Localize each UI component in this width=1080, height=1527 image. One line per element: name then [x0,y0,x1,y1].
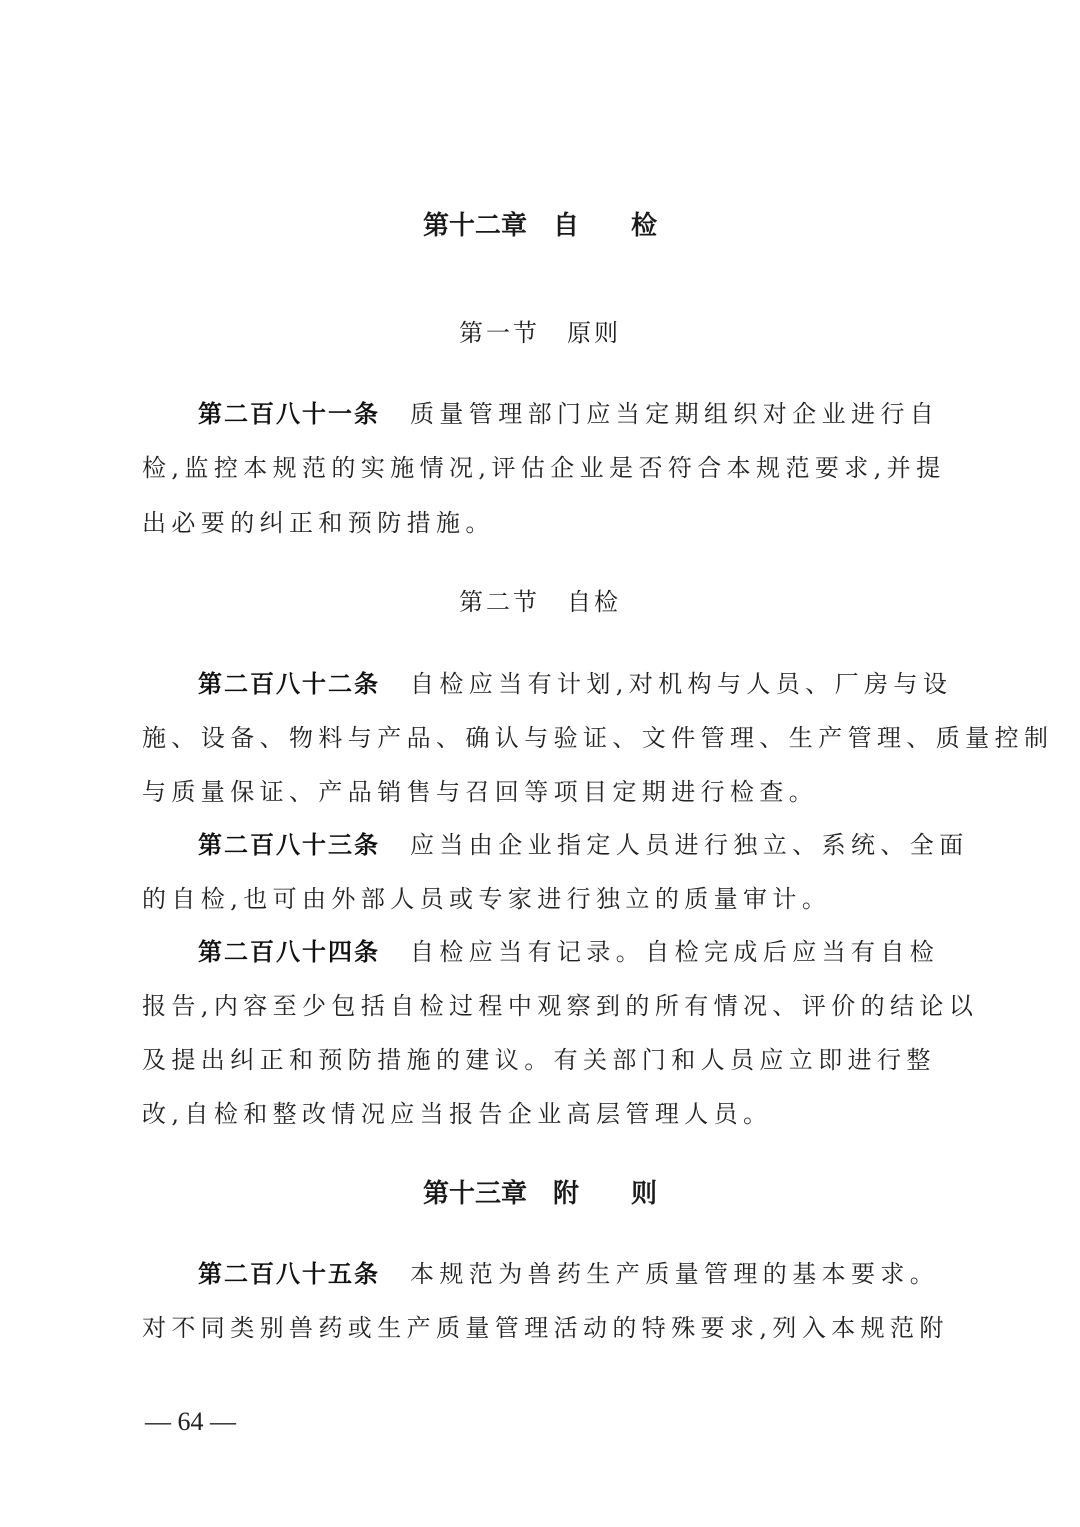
article-284-line-2: 报告,内容至少包括自检过程中观察到的所有情况、评价的结论以 [142,991,940,1021]
article-285-text-1: 本规范为兽药生产质量管理的基本要求。 [410,1260,939,1288]
article-282-line-3: 与质量保证、产品销售与召回等项目定期进行检查。 [142,777,940,807]
article-281-label: 第二百八十一条 [198,400,380,428]
article-282-line-2: 施、设备、物料与产品、确认与验证、文件管理、生产管理、质量控制 [142,723,940,753]
article-282-text-1: 自检应当有计划,对机构与人员、厂房与设 [410,670,952,698]
article-284-line-1: 第二百八十四条自检应当有记录。自检完成后应当有自检 [198,937,940,967]
article-285-line-1: 第二百八十五条本规范为兽药生产质量管理的基本要求。 [198,1259,940,1289]
article-283-line-1: 第二百八十三条应当由企业指定人员进行独立、系统、全面 [198,830,940,860]
article-282-line-1: 第二百八十二条自检应当有计划,对机构与人员、厂房与设 [198,669,940,699]
article-281-text-1: 质量管理部门应当定期组织对企业进行自 [410,400,939,428]
chapter-13-heading: 第十三章 附 则 [0,1179,1080,1209]
article-281-line-3: 出必要的纠正和预防措施。 [142,508,940,538]
page-number: — 64 — [145,1407,236,1437]
article-285-line-2: 对不同类别兽药或生产质量管理活动的特殊要求,列入本规范附 [142,1313,940,1343]
document-page: 第十二章 自 检 第一节 原则 第二百八十一条质量管理部门应当定期组织对企业进行… [0,0,1080,1527]
section-2-heading: 第二节 自检 [0,587,1080,617]
article-284-line-4: 改,自检和整改情况应当报告企业高层管理人员。 [142,1099,940,1129]
article-282-label: 第二百八十二条 [198,670,380,698]
article-284-text-1: 自检应当有记录。自检完成后应当有自检 [410,938,939,966]
article-283-label: 第二百八十三条 [198,831,380,859]
article-281-line-1: 第二百八十一条质量管理部门应当定期组织对企业进行自 [198,399,940,429]
article-285-label: 第二百八十五条 [198,1260,380,1288]
section-1-heading: 第一节 原则 [0,318,1080,348]
article-283-text-1: 应当由企业指定人员进行独立、系统、全面 [410,831,969,859]
article-283-line-2: 的自检,也可由外部人员或专家进行独立的质量审计。 [142,884,940,914]
chapter-12-heading: 第十二章 自 检 [0,211,1080,241]
article-284-line-3: 及提出纠正和预防措施的建议。有关部门和人员应立即进行整 [142,1045,940,1075]
article-281-line-2: 检,监控本规范的实施情况,评估企业是否符合本规范要求,并提 [142,453,940,483]
article-284-label: 第二百八十四条 [198,938,380,966]
